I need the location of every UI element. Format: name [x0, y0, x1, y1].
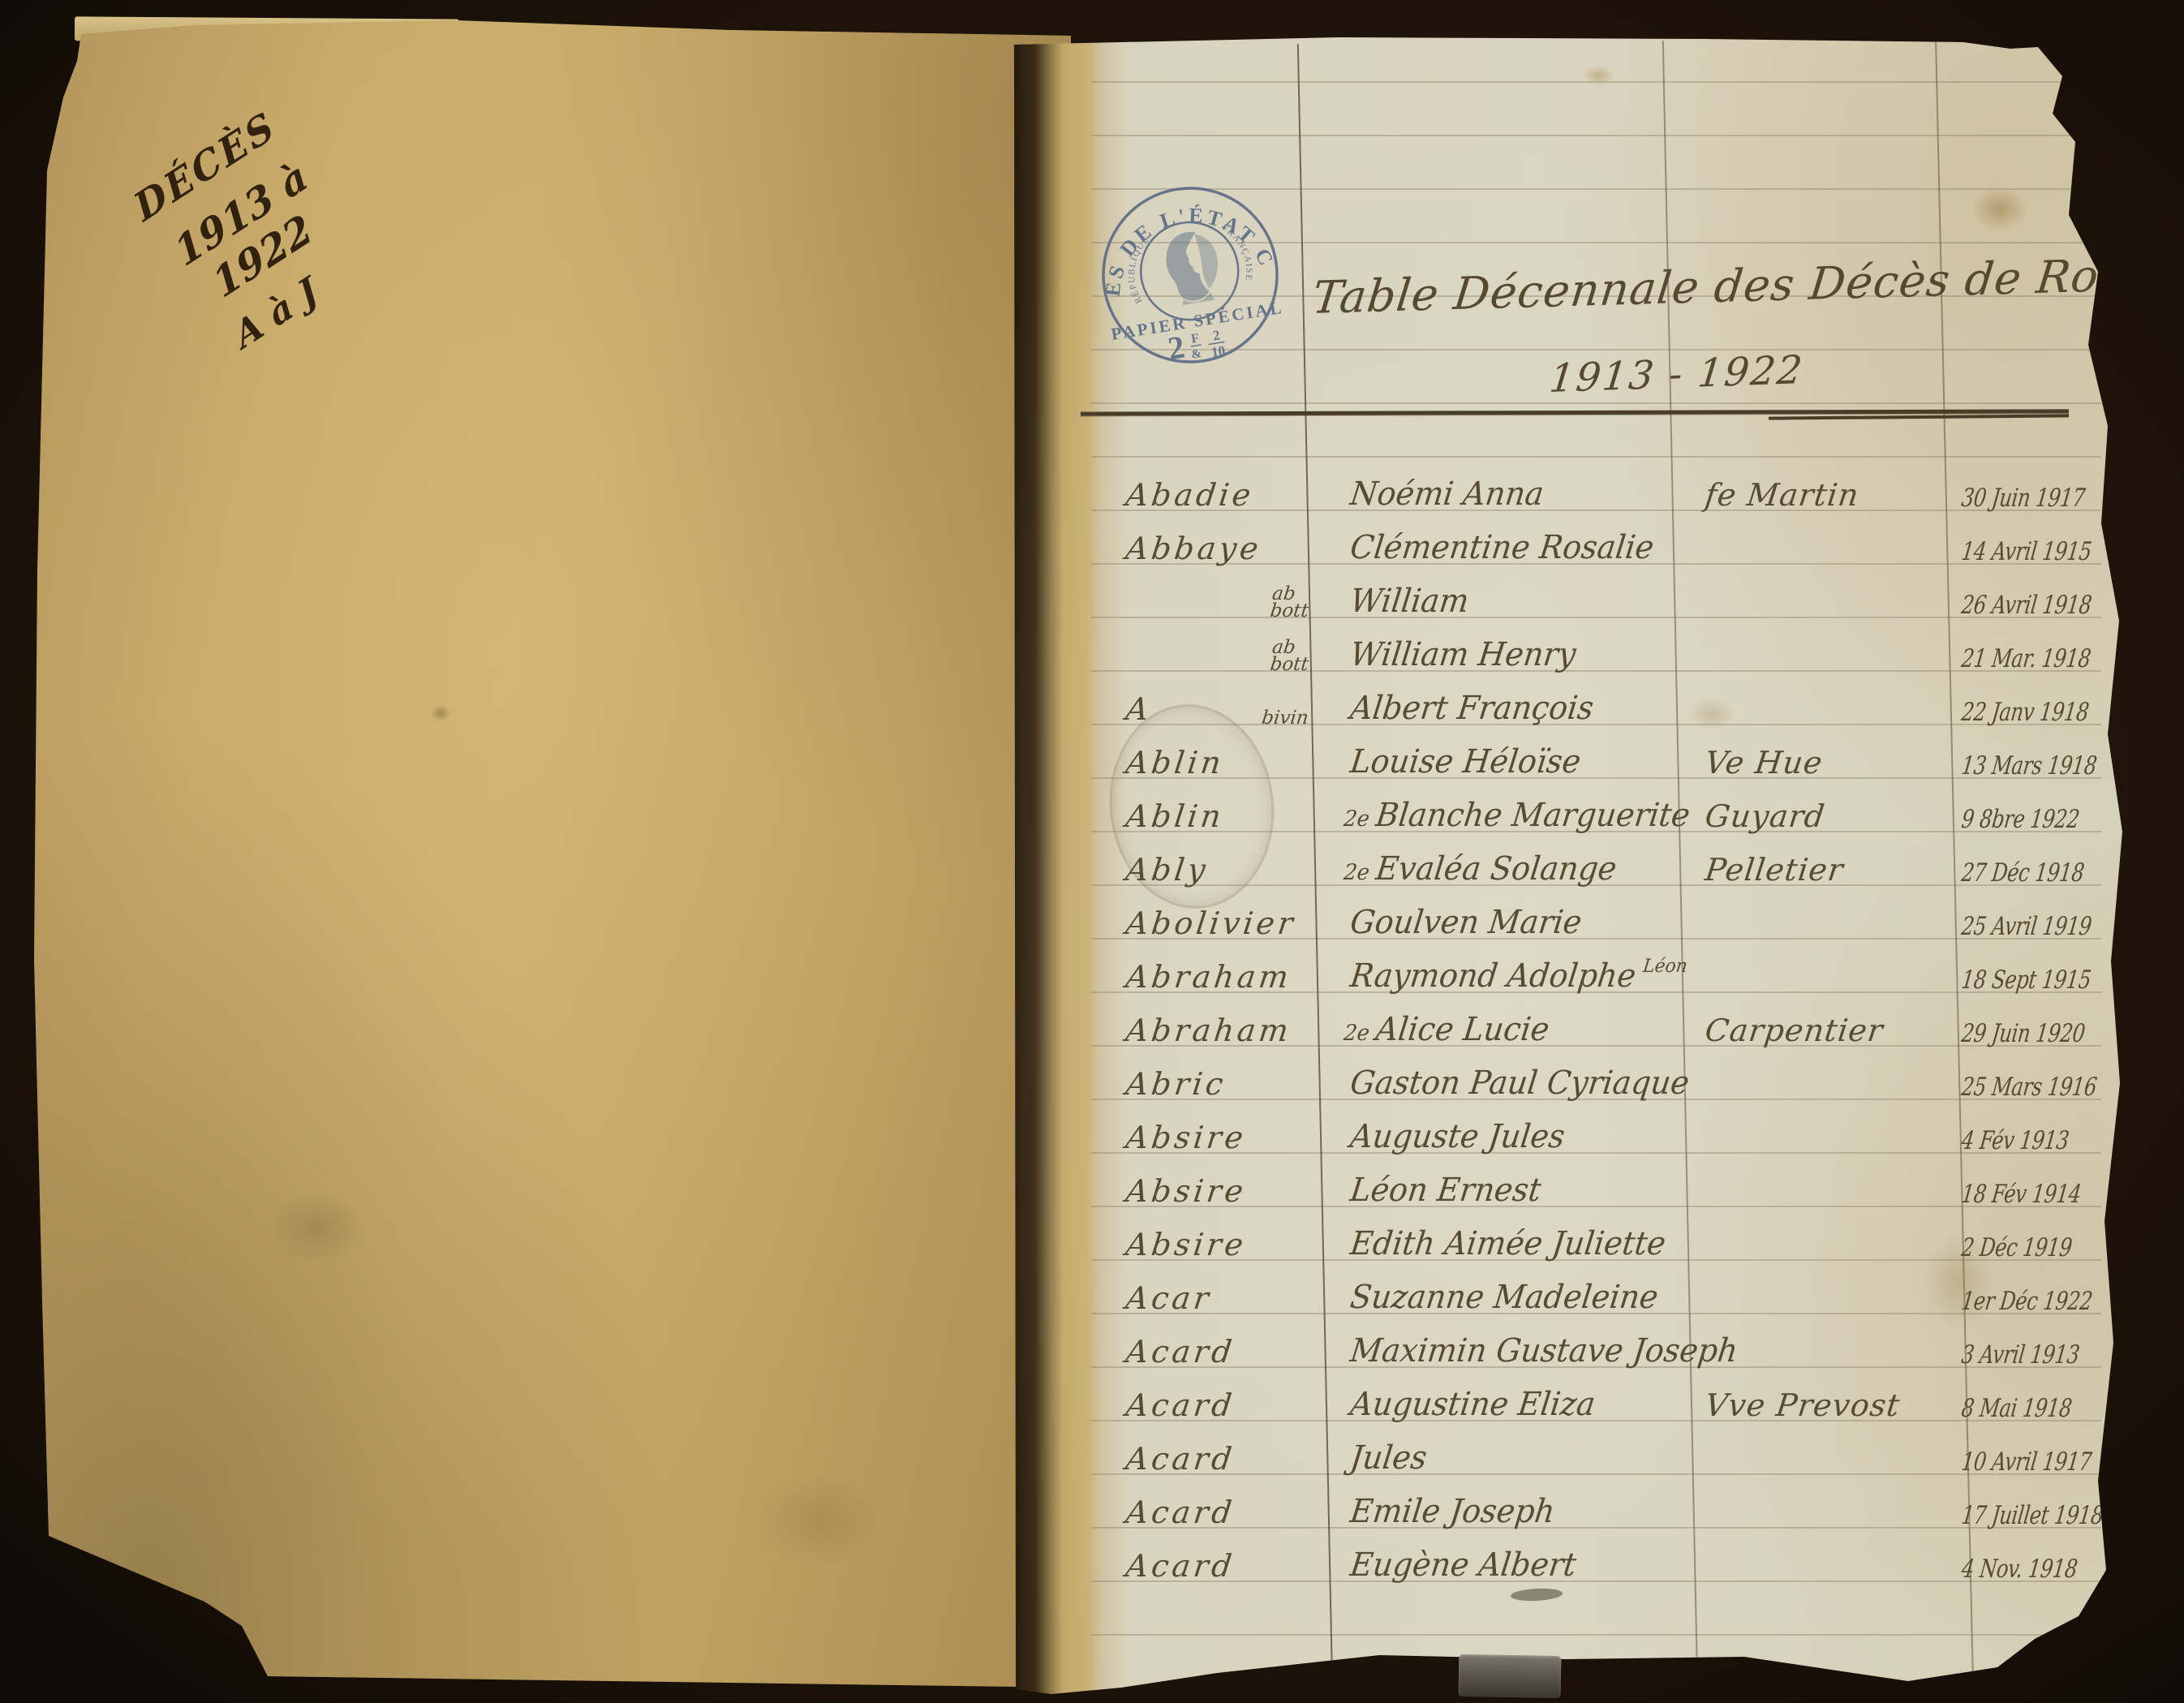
given-names: 2eEvaléa Solange: [1314, 849, 1667, 888]
surname: Acard: [1124, 1334, 1236, 1370]
death-date: 18 Sept 1915: [1954, 965, 2068, 995]
spouse-name: fe Martin: [1679, 477, 1955, 513]
death-date: 14 Avril 1915: [1954, 537, 2068, 566]
surname-stack: abbott: [1269, 586, 1311, 620]
given-names: Goulven Marie: [1314, 902, 1667, 941]
given-names: Albert François: [1314, 688, 1667, 727]
decennial-table: Abadie Noémi Anna fe Martin 30 Juin 1917…: [1079, 459, 2126, 1584]
stain: [1971, 187, 2028, 231]
binder-clip: [1459, 1654, 1562, 1698]
death-date: 27 Déc 1918: [1954, 858, 2068, 888]
register-page: ACTES DE L'ÉTAT CIVIL RÉPUBLIQUE FRANÇAI…: [1014, 32, 2132, 1703]
surname: Abraham: [1124, 959, 1293, 995]
stamp-value-sup: F: [1190, 331, 1201, 346]
page-number: 1: [2076, 71, 2114, 114]
surname: Acard: [1124, 1494, 1236, 1530]
table-row: Ably 2eEvaléa Solange Pelletier 27 Déc 1…: [1079, 834, 2126, 888]
death-date: 25 Mars 1916: [1954, 1073, 2068, 1102]
archival-scan: DÉCÈS 1913 à 1922 A à J ACTES DE L: [0, 0, 2184, 1703]
given-names: Louise Héloïse: [1314, 742, 1667, 781]
death-date: 2 Déc 1919: [1954, 1233, 2068, 1262]
stain: [755, 1475, 884, 1564]
surname: Acard: [1124, 1387, 1236, 1423]
stain: [430, 704, 451, 722]
surname: Abric: [1124, 1066, 1228, 1102]
table-row: Abraham 2eAlice Lucie Carpentier 29 Juin…: [1079, 995, 2126, 1048]
surname: Abadie: [1124, 477, 1256, 513]
given-names: Noémi Anna: [1314, 474, 1667, 513]
given-names: Edith Aimée Juliette: [1314, 1223, 1667, 1262]
table-row: Acard Augustine Eliza Vve Prevost 8 Mai …: [1079, 1370, 2126, 1423]
table-row: Acard Jules 10 Avril 1917: [1079, 1423, 2126, 1477]
given-names: Emile Joseph: [1314, 1491, 1667, 1530]
table-row: Acard Maximin Gustave Joseph 3 Avril 191…: [1079, 1316, 2126, 1370]
given-names: Léon Ernest: [1314, 1170, 1667, 1209]
ceres-head-icon: [1162, 228, 1223, 307]
stamp-value-num: 2: [1212, 327, 1221, 343]
death-date: 4 Nov. 1918: [1954, 1555, 2068, 1584]
spouse-name: Carpentier: [1679, 1013, 1955, 1048]
given-names: Eugène Albert: [1314, 1545, 1667, 1584]
stain: [268, 1191, 365, 1264]
death-date: 30 Juin 1917: [1954, 484, 2068, 513]
given-names: Clémentine Rosalie: [1314, 527, 1667, 566]
table-row: Acard Eugène Albert 4 Nov. 1918: [1079, 1530, 2126, 1584]
stamp-value-den: 10: [1210, 343, 1227, 360]
death-date: 21 Mar. 1918: [1954, 644, 2068, 673]
death-date: 13 Mars 1918: [1954, 751, 2068, 781]
table-row: Abraham Raymond AdolpheLéon 18 Sept 1915: [1079, 941, 2126, 995]
spouse-name: Ve Hue: [1679, 745, 1955, 781]
stamp-value-amp: &: [1190, 347, 1202, 362]
surname: Abraham: [1124, 1013, 1293, 1048]
death-date: 10 Avril 1917: [1954, 1447, 2068, 1477]
surname: Absire: [1124, 1173, 1248, 1209]
surname: Acard: [1124, 1548, 1236, 1584]
table-row: Abbaye Clémentine Rosalie 14 Avril 1915: [1079, 513, 2126, 566]
spouse-name: Guyard: [1679, 798, 1955, 834]
table-row: Absire Edith Aimée Juliette 2 Déc 1919: [1079, 1209, 2126, 1262]
surname: Acard: [1124, 1441, 1236, 1477]
surname: Acar: [1124, 1280, 1214, 1316]
surname-stack: bivin: [1261, 710, 1309, 727]
death-date: 8 Mai 1918: [1954, 1394, 2068, 1423]
death-date: 9 8bre 1922: [1954, 805, 2068, 834]
given-names: 2eBlanche Marguerite: [1314, 795, 1667, 834]
death-date: 17 Juillet 1918: [1954, 1501, 2068, 1530]
spouse-name: Vve Prevost: [1679, 1387, 1955, 1423]
surname: Ably: [1124, 852, 1210, 888]
given-names: Gaston Paul Cyriaque: [1314, 1063, 1667, 1102]
given-names: Maximin Gustave Joseph: [1314, 1331, 1667, 1370]
given-names: William Henry: [1314, 634, 1667, 673]
given-names: 2eAlice Lucie: [1314, 1009, 1667, 1048]
death-date: 25 Avril 1919: [1954, 912, 2068, 941]
spouse-name: Pelletier: [1679, 852, 1955, 888]
table-row: Absire Léon Ernest 18 Fév 1914: [1079, 1155, 2126, 1209]
table-row: Absire Auguste Jules 4 Fév 1913: [1079, 1102, 2126, 1155]
surname-stack: abbott: [1269, 639, 1311, 673]
surname: Absire: [1124, 1120, 1248, 1155]
given-names: Raymond AdolpheLéon: [1314, 956, 1667, 995]
given-names: William: [1314, 581, 1667, 620]
table-row: Acar Suzanne Madeleine 1er Déc 1922: [1079, 1262, 2126, 1316]
surname: Ablin: [1124, 745, 1226, 781]
stamp-value-main: 2: [1165, 329, 1187, 368]
surname: Abbaye: [1124, 531, 1263, 566]
given-names: Jules: [1314, 1438, 1667, 1477]
given-names: Suzanne Madeleine: [1314, 1277, 1667, 1316]
table-row: abbott William 26 Avril 1918: [1079, 566, 2126, 620]
table-row: abbott William Henry 21 Mar. 1918: [1079, 620, 2126, 673]
stain: [1582, 65, 1614, 86]
death-date: 18 Fév 1914: [1954, 1180, 2068, 1209]
table-row: Abivin Albert François 22 Janv 1918: [1079, 673, 2126, 727]
surname: Ablin: [1124, 798, 1226, 834]
surname: Absire: [1124, 1227, 1248, 1262]
given-names: Augustine Eliza: [1314, 1384, 1667, 1423]
death-date: 4 Fév 1913: [1954, 1126, 2068, 1155]
table-row: Ablin Louise Héloïse Ve Hue 13 Mars 1918: [1079, 727, 2126, 781]
surname: Abolivier: [1124, 905, 1298, 941]
death-date: 1er Déc 1922: [1954, 1287, 2068, 1316]
table-row: Ablin 2eBlanche Marguerite Guyard 9 8bre…: [1079, 781, 2126, 834]
death-date: 22 Janv 1918: [1954, 698, 2068, 727]
given-names: Auguste Jules: [1314, 1116, 1667, 1155]
table-row: Abadie Noémi Anna fe Martin 30 Juin 1917: [1079, 459, 2126, 513]
death-date: 26 Avril 1918: [1954, 591, 2068, 620]
table-row: Abolivier Goulven Marie 25 Avril 1919: [1079, 888, 2126, 941]
death-date: 29 Juin 1920: [1954, 1019, 2068, 1048]
surname: A: [1124, 691, 1154, 727]
death-date: 3 Avril 1913: [1954, 1340, 2068, 1370]
table-row: Acard Emile Joseph 17 Juillet 1918: [1079, 1477, 2126, 1530]
revenue-stamp: ACTES DE L'ÉTAT CIVIL RÉPUBLIQUE FRANÇAI…: [1081, 166, 1299, 384]
table-row: Abric Gaston Paul Cyriaque 25 Mars 1916: [1079, 1048, 2126, 1102]
